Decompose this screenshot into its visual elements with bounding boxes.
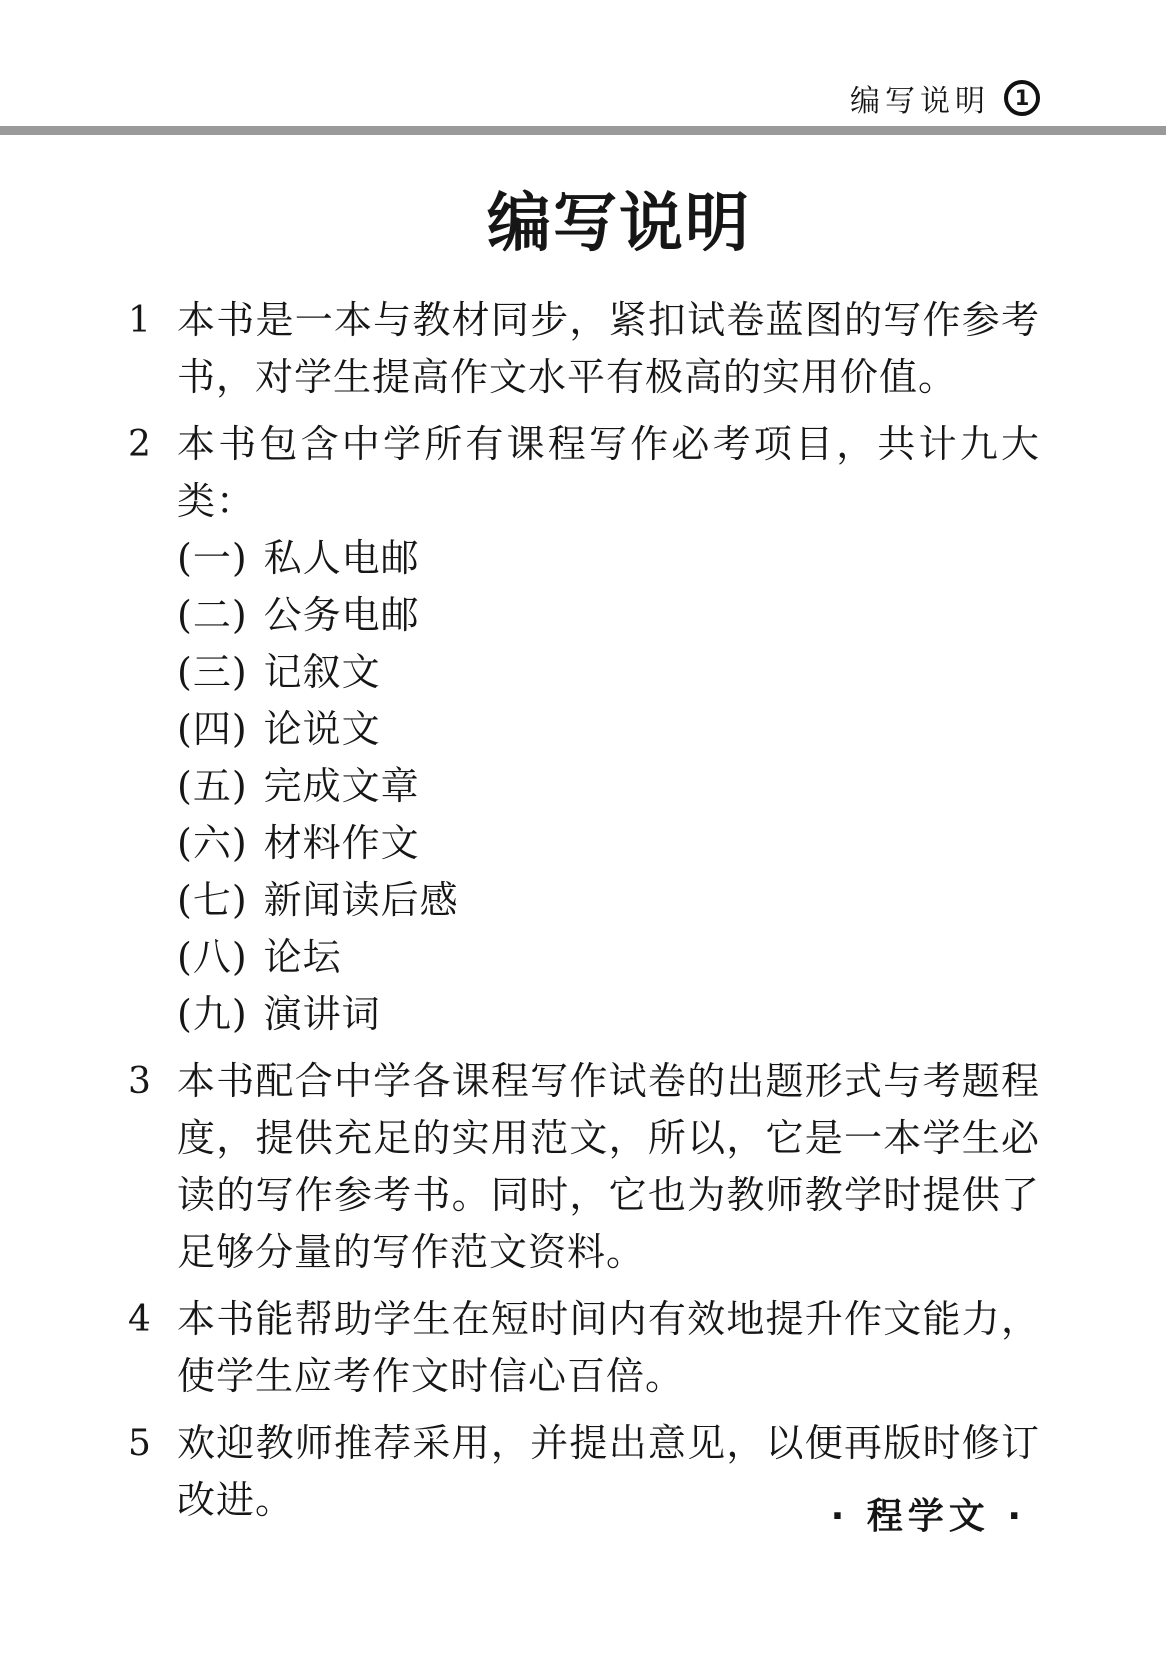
header-section-title: 编写说明 xyxy=(850,76,990,120)
category-name: 记叙文 xyxy=(264,650,381,694)
item-text: 本书包含中学所有课程写作必考项目，共计九大类： xyxy=(177,416,1040,530)
category-item: (一)私人电邮 xyxy=(177,530,1040,587)
category-item: (三)记叙文 xyxy=(177,644,1040,701)
category-item: (二)公务电邮 xyxy=(177,587,1040,644)
header-divider xyxy=(0,126,1166,135)
note-item: 2 本书包含中学所有课程写作必考项目，共计九大类： (一)私人电邮 (二)公务电… xyxy=(128,416,1040,1043)
category-name: 演讲词 xyxy=(264,992,381,1036)
category-label: (五) xyxy=(177,764,248,808)
category-name: 新闻读后感 xyxy=(264,878,459,922)
category-name: 论说文 xyxy=(264,707,381,751)
category-label: (四) xyxy=(177,707,248,751)
item-number: 1 xyxy=(128,292,177,406)
note-item: 4 本书能帮助学生在短时间内有效地提升作文能力，使学生应考作文时信心百倍。 xyxy=(128,1291,1040,1405)
title-row: 编写说明 xyxy=(0,172,1166,264)
page-header: 编写说明 1 xyxy=(850,76,1040,120)
category-label: (六) xyxy=(177,821,248,865)
item-text: 本书是一本与教材同步，紧扣试卷蓝图的写作参考书，对学生提高作文水平有极高的实用价… xyxy=(177,292,1040,406)
category-label: (八) xyxy=(177,935,248,979)
category-label: (三) xyxy=(177,650,248,694)
item-number: 4 xyxy=(128,1291,177,1405)
notes-list: 1 本书是一本与教材同步，紧扣试卷蓝图的写作参考书，对学生提高作文水平有极高的实… xyxy=(128,292,1040,1539)
category-item: (四)论说文 xyxy=(177,701,1040,758)
category-item: (九)演讲词 xyxy=(177,986,1040,1043)
category-name: 材料作文 xyxy=(264,821,420,865)
page-title: 编写说明 xyxy=(487,172,751,264)
category-item: (七)新闻读后感 xyxy=(177,872,1040,929)
category-list: (一)私人电邮 (二)公务电邮 (三)记叙文 (四)论说文 (五)完成文章 xyxy=(177,530,1040,1043)
author-signature: · 程学文 · xyxy=(831,1488,1026,1539)
category-name: 私人电邮 xyxy=(264,536,420,580)
page-number-badge: 1 xyxy=(1004,80,1040,116)
item-number: 2 xyxy=(128,416,177,1043)
category-item: (八)论坛 xyxy=(177,929,1040,986)
category-label: (二) xyxy=(177,593,248,637)
category-item: (五)完成文章 xyxy=(177,758,1040,815)
category-name: 公务电邮 xyxy=(264,593,420,637)
category-item: (六)材料作文 xyxy=(177,815,1040,872)
item-number: 5 xyxy=(128,1415,177,1529)
note-item: 1 本书是一本与教材同步，紧扣试卷蓝图的写作参考书，对学生提高作文水平有极高的实… xyxy=(128,292,1040,406)
item-number: 3 xyxy=(128,1053,177,1281)
note-item: 3 本书配合中学各课程写作试卷的出题形式与考题程度，提供充足的实用范文，所以，它… xyxy=(128,1053,1040,1281)
category-label: (一) xyxy=(177,536,248,580)
category-name: 论坛 xyxy=(264,935,342,979)
item-text: 本书能帮助学生在短时间内有效地提升作文能力，使学生应考作文时信心百倍。 xyxy=(177,1291,1040,1405)
category-label: (七) xyxy=(177,878,248,922)
item-text: 本书配合中学各课程写作试卷的出题形式与考题程度，提供充足的实用范文，所以，它是一… xyxy=(177,1053,1040,1281)
category-name: 完成文章 xyxy=(264,764,420,808)
category-label: (九) xyxy=(177,992,248,1036)
